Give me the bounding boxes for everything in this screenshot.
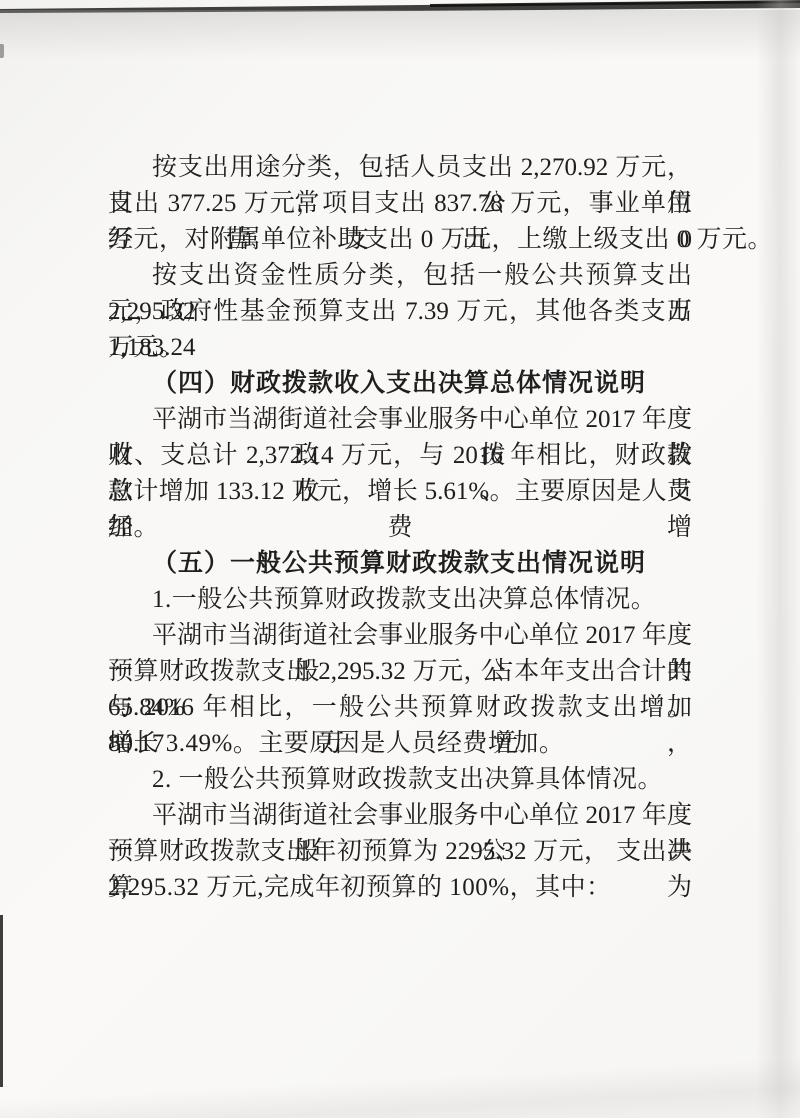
text-line: 2. 一般公共预算财政拨款支出决算具体情况。 xyxy=(108,762,692,798)
scanned-document-page: 按支出用途分类，包括人员支出 2,270.92 万元，日常公用 支出 377.2… xyxy=(0,0,800,1118)
text-line: 元，政府性基金预算支出 7.39 万元，其他各类支出 1,183.24 xyxy=(108,294,692,330)
text-line: 预算财政拨款支出年初预算为 2295.32 万元， 支出决算为 xyxy=(108,834,692,870)
scan-right-shadow xyxy=(756,0,800,1118)
text-line: 按支出用途分类，包括人员支出 2,270.92 万元，日常公用 xyxy=(108,150,692,186)
document-body: 按支出用途分类，包括人员支出 2,270.92 万元，日常公用 支出 377.2… xyxy=(108,150,692,906)
text-line: 总计增加 133.12 万元，增长 5.61%。主要原因是人员经费增 xyxy=(108,474,692,510)
text-line: 按支出资金性质分类，包括一般公共预算支出 2,295.32 万 xyxy=(108,258,692,294)
text-line: 收、支总计 2,372.14 万元，与 2016 年相比，财政拨款收、支 xyxy=(108,438,692,474)
text-line: 万元，对附属单位补助支出 0 万元，上缴上级支出 0 万元。 xyxy=(108,222,692,258)
text-line: 平湖市当湖街道社会事业服务中心单位 2017 年度一般公共 xyxy=(108,798,692,834)
text-line: 预算财政拨款支出 2,295.32 万元，占本年支出合计的 65.84%。 xyxy=(108,654,692,690)
scan-top-edge xyxy=(0,0,800,18)
text-line: 与 2016 年相比，一般公共预算财政拨款支出增加 80.17 万元， xyxy=(108,690,692,726)
text-line: 支出 377.25 万元，项目支出 837.78 万元，事业单位经营支出 0 xyxy=(108,186,692,222)
section-heading-5: （五）一般公共预算财政拨款支出情况说明 xyxy=(108,546,692,582)
text-line: 2,295.32 万元,完成年初预算的 100%，其中： xyxy=(108,870,692,906)
scan-left-edge-mark xyxy=(0,44,4,58)
section-heading-4: （四）财政拨款收入支出决算总体情况说明 xyxy=(108,366,692,402)
scan-bottom-shadow xyxy=(0,1060,800,1118)
text-line: 平湖市当湖街道社会事业服务中心单位 2017 年度财政拨款 xyxy=(108,402,692,438)
text-line: 平湖市当湖街道社会事业服务中心单位 2017 年度一般公共 xyxy=(108,618,692,654)
scan-left-edge-line xyxy=(0,915,3,1087)
text-line: 1.一般公共预算财政拨款支出决算总体情况。 xyxy=(108,582,692,618)
